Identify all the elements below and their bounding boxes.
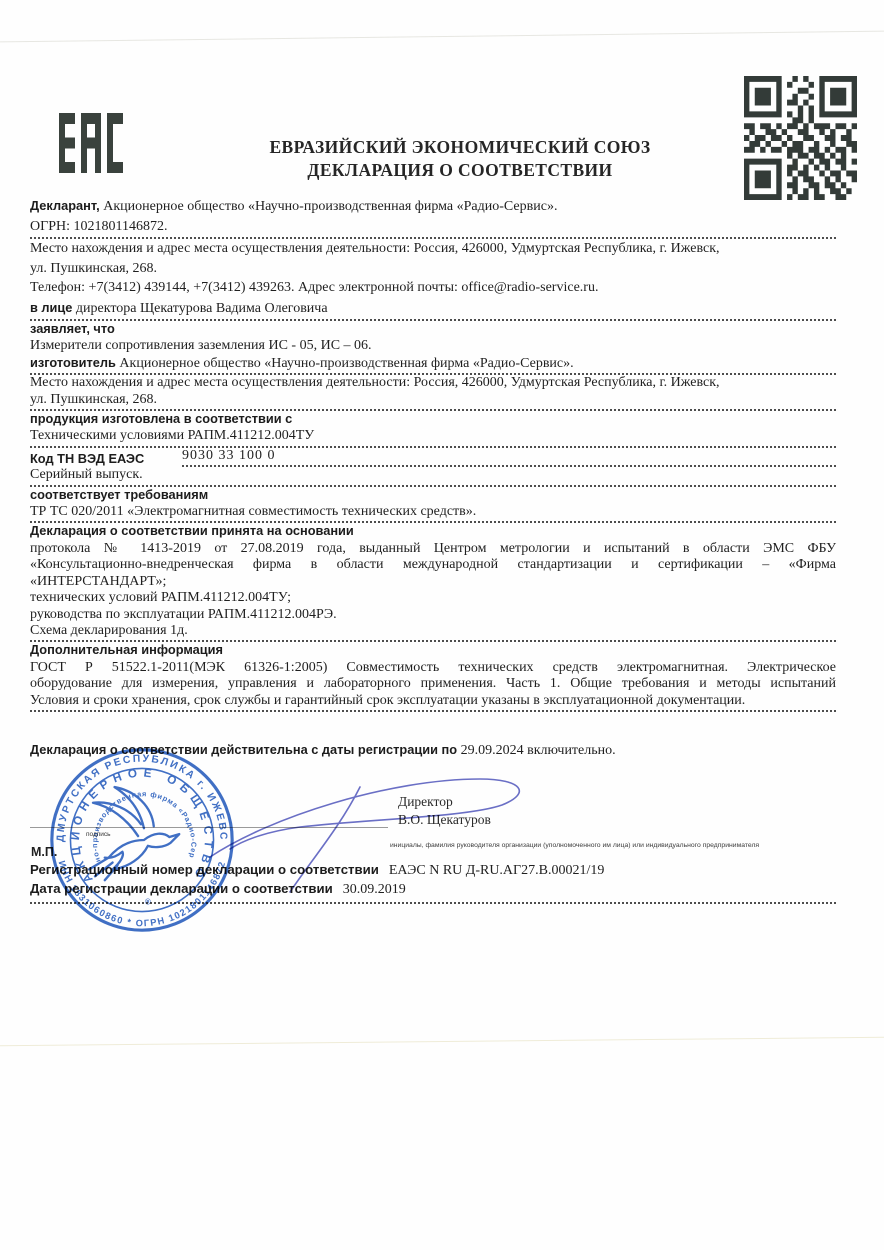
basis-header-label: Декларация о соответствии принята на осн… — [30, 523, 354, 538]
declarant-address-1: Место нахождения и адрес места осуществл… — [30, 239, 836, 259]
declarant-address-2: ул. Пушкинская, 268. — [30, 259, 836, 279]
ogrn-row: ОГРН: 1021801146872. — [30, 217, 836, 240]
protocol-paragraph: протокола № 1413-2019 от 27.08.2019 года… — [30, 541, 836, 590]
tech-conditions-row: Техническими условиями РАПМ.411212.004ТУ — [30, 428, 836, 447]
document-body: Декларант, Акционерное общество «Научно-… — [30, 196, 836, 759]
meets-label: соответствует требованиям — [30, 487, 208, 502]
qr-code — [744, 76, 857, 200]
scan-artifact-line-top — [0, 30, 884, 42]
made-according-label: продукция изготовлена в соответствии с — [30, 411, 292, 426]
tnved-code: 9030 33 100 0 — [182, 448, 836, 467]
title-line-1: ЕВРАЗИЙСКИЙ ЭКОНОМИЧЕСКИЙ СОЮЗ — [160, 136, 760, 159]
scheme-row: Схема декларирования 1д. — [30, 623, 836, 642]
declarant-name: Акционерное общество «Научно-производств… — [103, 199, 557, 214]
declares-label: заявляет, что — [30, 321, 115, 336]
additional-header-label: Дополнительная информация — [30, 642, 223, 657]
eac-logo-icon — [59, 112, 123, 174]
declarant-row: Декларант, Акционерное общество «Научно-… — [30, 196, 836, 217]
serial-row: Серийный выпуск. — [30, 467, 836, 486]
scan-artifact-line-bottom — [0, 1037, 884, 1047]
document-title: ЕВРАЗИЙСКИЙ ЭКОНОМИЧЕСКИЙ СОЮЗ ДЕКЛАРАЦИ… — [160, 136, 760, 181]
manufacturer-label: изготовитель — [30, 355, 116, 370]
declarant-label: Декларант, — [30, 198, 100, 213]
meets-row: соответствует требованиям — [30, 487, 836, 504]
document-page: ЕВРАЗИЙСКИЙ ЭКОНОМИЧЕСКИЙ СОЮЗ ДЕКЛАРАЦИ… — [0, 0, 884, 1250]
product-row: Измерители сопротивления заземления ИС -… — [30, 338, 836, 354]
declarant-contacts: Телефон: +7(3412) 439144, +7(3412) 43926… — [30, 278, 836, 298]
additional-header-row: Дополнительная информация — [30, 642, 836, 659]
manufacturer-row: изготовитель Акционерное общество «Научн… — [30, 355, 836, 375]
declares-row: заявляет, что — [30, 321, 836, 338]
in-person-row: в лице директора Щекатурова Вадима Олего… — [30, 298, 836, 322]
basis-header-row: Декларация о соответствии принята на осн… — [30, 523, 836, 540]
basis-manual-row: руководства по эксплуатации РАПМ.411212.… — [30, 607, 836, 623]
in-person-name: директора Щекатурова Вадима Олеговича — [76, 301, 328, 316]
made-according-row: продукция изготовлена в соответствии с — [30, 411, 836, 428]
manufacturer-address-1: Место нахождения и адрес места осуществл… — [30, 375, 836, 391]
manufacturer-name: Акционерное общество «Научно-производств… — [119, 356, 573, 371]
tnved-row: Код ТН ВЭД ЕАЭС9030 33 100 0 — [30, 448, 836, 467]
tnved-label: Код ТН ВЭД ЕАЭС — [30, 451, 182, 467]
basis-tech-row: технических условий РАПМ.411212.004ТУ; — [30, 590, 836, 606]
title-line-2: ДЕКЛАРАЦИЯ О СООТВЕТСТВИИ — [160, 159, 760, 182]
manufacturer-address-2: ул. Пушкинская, 268. — [30, 392, 836, 411]
handwritten-signature — [150, 752, 550, 902]
regulation-row: ТР ТС 020/2011 «Электромагнитная совмест… — [30, 504, 836, 523]
in-person-label: в лице — [30, 300, 72, 315]
storage-row: Условия и сроки хранения, срок службы и … — [30, 693, 836, 712]
gost-paragraph: ГОСТ Р 51522.1-2011(МЭК 61326-1:2005) Со… — [30, 660, 836, 693]
